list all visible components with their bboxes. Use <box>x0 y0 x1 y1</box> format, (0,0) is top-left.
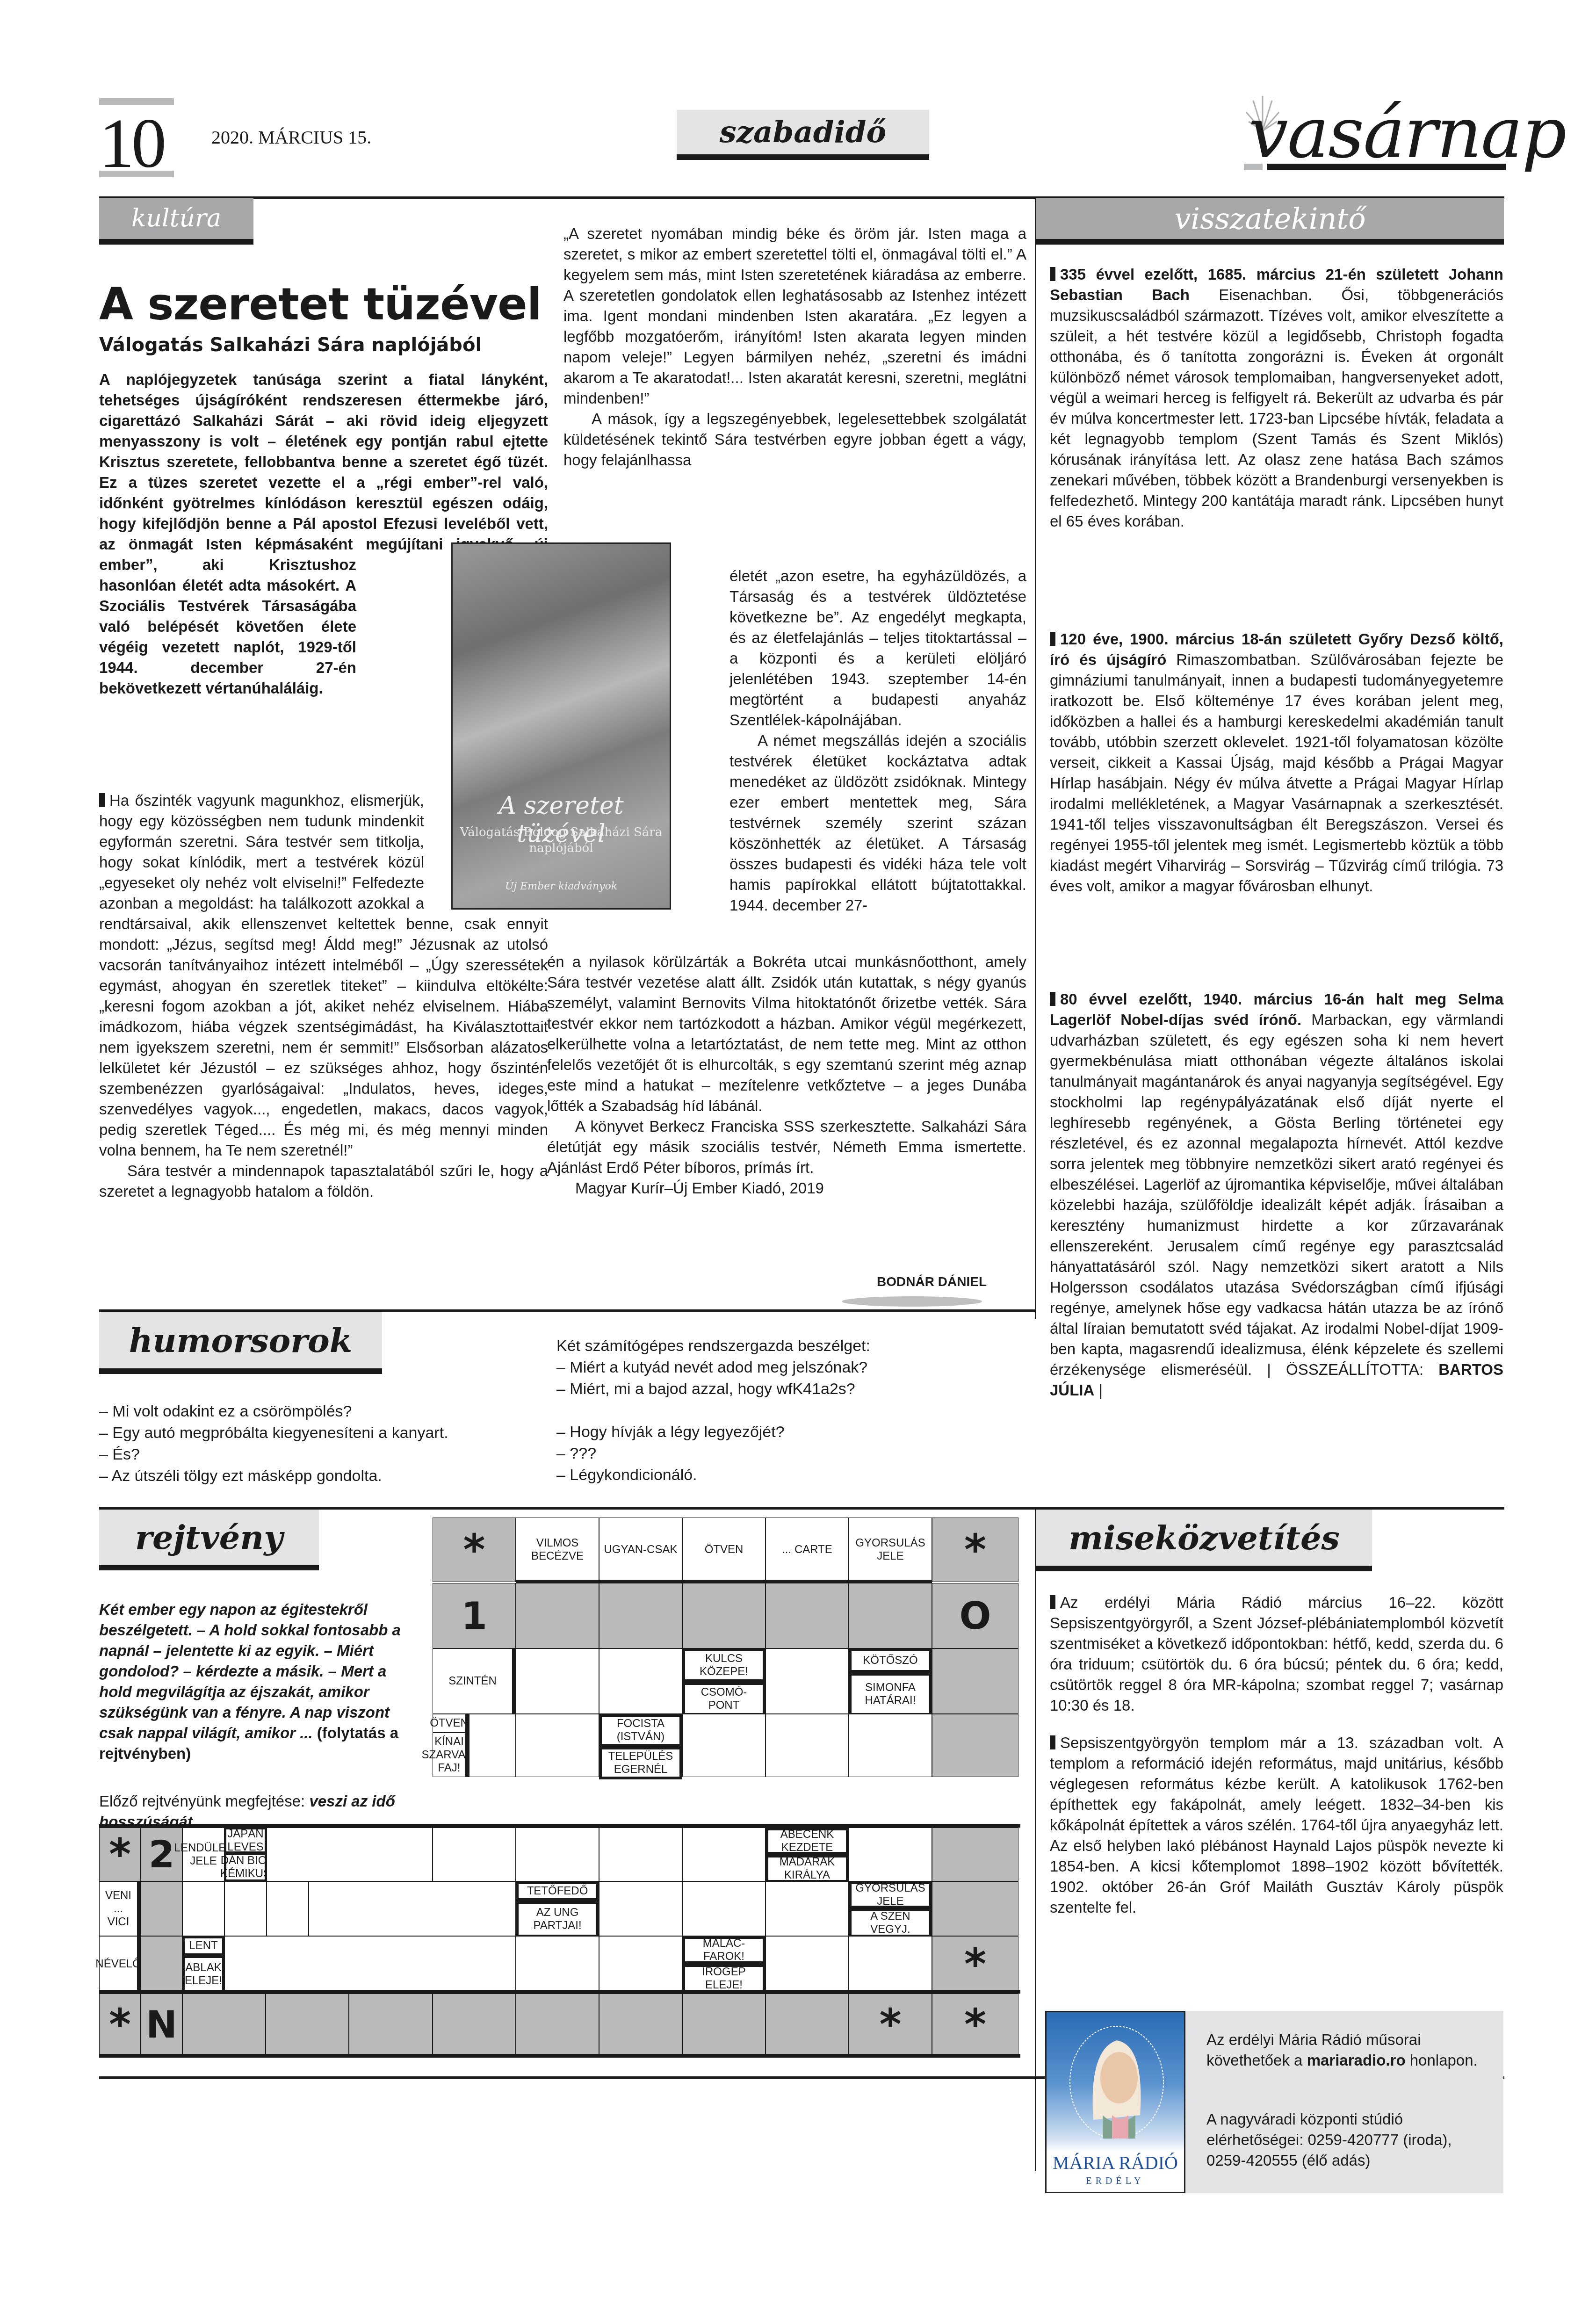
section-tab-szabadido: szabadidő <box>677 110 929 160</box>
mass-history: Sepsiszentgyörgyön templom már a 13. szá… <box>1050 1733 1503 1918</box>
grid-answer-cell[interactable] <box>516 1583 599 1648</box>
madonna-icon <box>1065 2022 1168 2143</box>
joke-line: – Az útszéli tölgy ezt másképp gondolta. <box>99 1465 455 1487</box>
grid-given-1[interactable]: 1 <box>433 1583 516 1648</box>
col2-paragraph-4: A német megszállás idején a szociális te… <box>729 730 1026 916</box>
clue-cell: TELEPÜLÉS EGERNÉL <box>599 1747 682 1779</box>
grid-answer-cell[interactable] <box>932 1828 1018 1881</box>
clue-cell: ÍRÓGÉP ELEJE! <box>682 1964 766 1993</box>
grid-answer-cell[interactable] <box>766 1714 849 1777</box>
article-headline: A szeretet tüzével <box>99 281 548 329</box>
credit-prefix: | ÖSSZEÁLLÍTOTTA: <box>1267 1361 1438 1378</box>
mass-paragraph-1: Az erdélyi Mária Rádió március 16–22. kö… <box>1050 1594 1503 1714</box>
clue-cell: GYORSULÁS JELE <box>849 1881 932 1908</box>
puzzle-intro-text: Két ember egy napon az égitestekről besz… <box>99 1601 401 1742</box>
joke-intro: Két számítógépes rendszergazda beszélget… <box>556 1335 977 1357</box>
maria-radio-logo: MÁRIA RÁDIÓ ERDÉLY <box>1045 2011 1185 2193</box>
grid-answer-cell[interactable] <box>849 1583 932 1648</box>
joke-line: – ??? <box>556 1443 977 1464</box>
puzzle-intro: Két ember egy napon az égitestekről besz… <box>99 1599 422 1764</box>
grid-given-n[interactable]: N <box>141 1994 182 2055</box>
clue-cell: DÁN BIO-KÉMIKUS <box>224 1853 267 1881</box>
section-tab-kultura: kultúra <box>99 198 253 245</box>
article-body-col2-top: „A szeretet nyomában mindig béke és öröm… <box>563 224 1026 470</box>
retro-item-2: 120 éve, 1900. március 18-án született G… <box>1050 629 1503 896</box>
grid-answer-cell[interactable] <box>682 1714 766 1777</box>
clue-cell: UGYAN-CSAK <box>599 1518 682 1582</box>
grid-answer-cell[interactable] <box>766 1881 849 1936</box>
grid-answer-cell[interactable] <box>516 1828 599 1881</box>
grid-answer-cell[interactable] <box>682 1881 766 1936</box>
clue-cell: NÉVELŐ <box>99 1936 141 1992</box>
grid-answer-cell[interactable] <box>599 1828 682 1881</box>
grid-star: * <box>99 1828 141 1881</box>
clue-cell: ÖTVEN <box>682 1518 766 1582</box>
byline: BODNÁR DÁNIEL <box>795 1274 987 1289</box>
col2-paragraph-2: A mások, így a legszegényebbek, legelese… <box>563 409 1026 470</box>
grid-answer-cell[interactable] <box>766 1994 849 2055</box>
grid-answer-cell[interactable] <box>516 1714 599 1777</box>
article-body-col1: Ha őszinték vagyunk magunkhoz, elismerjü… <box>99 790 548 1202</box>
clue-cell: AZ UNG PARTJAI! <box>516 1901 599 1937</box>
clue-cell: SZINTÉN <box>433 1648 516 1714</box>
maria-radio-box: MÁRIA RÁDIÓ ERDÉLY Az erdélyi Mária Rádi… <box>1045 2011 1503 2193</box>
clue-cell: VENI ... VICI <box>99 1881 141 1936</box>
clue-cell: TETŐFEDŐ <box>516 1881 599 1901</box>
bullet-square-icon <box>99 793 105 807</box>
grid-answer-cell[interactable] <box>682 1583 766 1648</box>
grid-answer-cell[interactable] <box>849 1936 932 1992</box>
grid-given-o[interactable]: O <box>932 1583 1018 1648</box>
clue-cell: A SZÉN VEGYJ. <box>849 1908 932 1937</box>
rejtveny-label: rejtvény <box>135 1518 283 1557</box>
masthead-underline-gray <box>1244 164 1263 170</box>
grid-star: * <box>433 1518 516 1582</box>
article-body-col2-bottom: én a nyilasok körülzárták a Bokréta utca… <box>547 952 1026 1199</box>
retro-2-text: Rimaszombatban. Szülővárosában fejezte b… <box>1050 651 1503 895</box>
grid-answer-cell[interactable] <box>516 1994 599 2055</box>
masthead: vasárnap <box>1244 94 1506 178</box>
section-title: szabadidő <box>720 115 887 150</box>
col2-paragraph-3: életét „azon esetre, ha egyházüldözés, a… <box>729 566 1026 730</box>
joke-line: – És? <box>99 1444 455 1465</box>
clue-cell: CSOMÓ-PONT <box>682 1682 766 1716</box>
clue-cell: MADARAK KIRÁLYA <box>766 1855 849 1883</box>
col2-paragraph-1: „A szeretet nyomában mindig béke és öröm… <box>563 224 1026 409</box>
previous-solution-label: Előző rejtvényünk megfejtése: <box>99 1792 309 1810</box>
logo-subtitle: ERDÉLY <box>1047 2176 1184 2187</box>
bullet-square-icon <box>1050 992 1055 1006</box>
clue-cell: VILMOS BECÉZVE <box>516 1518 599 1582</box>
grid-answer-cell[interactable] <box>932 1714 1018 1777</box>
body-paragraph-2: Sára testvér a mindennapok tapasztalatáb… <box>99 1161 548 1202</box>
col2-paragraph-6: A könyvet Berkecz Franciska SSS szerkesz… <box>547 1116 1026 1178</box>
logo-title: MÁRIA RÁDIÓ <box>1047 2152 1184 2174</box>
clue-cell: KULCS KÖZEPE! <box>682 1648 766 1682</box>
section-tab-misekozvetites: miseközvetítés <box>1036 1510 1372 1571</box>
grid-answer-cell[interactable] <box>849 1828 932 1881</box>
grid-answer-cell[interactable] <box>433 1828 516 1881</box>
grid-star: * <box>932 1994 1018 2055</box>
clue-cell: ... CARTE <box>766 1518 849 1582</box>
retro-1-text: Eisenachban. Ősi, többgenerációs muzsiku… <box>1050 286 1503 530</box>
grid-answer-cell[interactable] <box>141 1881 182 1936</box>
grid-answer-cell[interactable] <box>682 1994 766 2055</box>
humorsorok-label: humorsorok <box>129 1321 353 1360</box>
col2-paragraph-5: én a nyilasok körülzárták a Bokréta utca… <box>547 952 1026 1116</box>
clue-cell: LENT <box>182 1936 224 1956</box>
page-number-bar-top <box>99 98 174 105</box>
grid-answer-cell[interactable] <box>516 1648 599 1714</box>
grid-answer-cell[interactable] <box>766 1648 849 1714</box>
visszatekinto-label: visszatekintő <box>1174 202 1365 236</box>
grid-answer-cell[interactable] <box>349 1994 433 2055</box>
grid-answer-cell[interactable] <box>932 1648 1018 1714</box>
mass-paragraph-2: Sepsiszentgyörgyön templom már a 13. szá… <box>1050 1734 1503 1916</box>
cover-float-spacer-2 <box>424 790 548 912</box>
clue-cell: MALAC-FAROK! <box>682 1936 766 1964</box>
joke-line: – Hogy hívják a légy legyezőjét? <box>556 1421 977 1443</box>
grid-answer-cell[interactable] <box>224 1881 267 1936</box>
misekozvetites-label: miseközvetítés <box>1069 1518 1340 1557</box>
humor-left: – Mi volt odakint ez a csörömpölés? – Eg… <box>99 1401 455 1487</box>
section-tab-visszatekinto: visszatekintő <box>1036 198 1504 245</box>
clue-cell: KÍNAI SZARVAS-FAJ! <box>433 1733 469 1777</box>
grid-star: * <box>849 1994 932 2055</box>
grid-answer-cell[interactable] <box>469 1714 516 1777</box>
radio-text: honlapon. <box>1406 2052 1478 2069</box>
bullet-square-icon <box>1050 1735 1055 1749</box>
grid-answer-cell[interactable] <box>224 1936 516 1992</box>
bullet-square-icon <box>1050 1595 1055 1609</box>
masthead-underline <box>1267 164 1506 170</box>
grid-star: * <box>932 1518 1018 1582</box>
grid-answer-cell[interactable] <box>267 1881 309 1936</box>
grid-answer-cell[interactable] <box>766 1583 849 1648</box>
joke-line: – Miért a kutyád nevét adod meg jelszóna… <box>556 1357 977 1378</box>
bullet-square-icon <box>1050 632 1055 646</box>
section-tab-rejtveny: rejtvény <box>99 1510 319 1570</box>
grid-answer-cell[interactable] <box>599 1881 682 1936</box>
retro-item-1: 335 évvel ezelőtt, 1685. március 21-én s… <box>1050 264 1503 532</box>
kultura-label: kultúra <box>131 204 221 232</box>
grid-answer-cell[interactable] <box>309 1881 516 1936</box>
radio-info-1: Az erdélyi Mária Rádió műsorai követhető… <box>1206 2030 1492 2071</box>
grid-answer-cell[interactable] <box>599 1936 682 1992</box>
clue-cell: ÁBÉCÉNK KEZDETE <box>766 1828 849 1855</box>
radio-website-link[interactable]: mariaradio.ro <box>1307 2052 1406 2069</box>
grid-answer-cell[interactable] <box>682 1828 766 1881</box>
joke-line: – Egy autó megpróbálta kiegyenesíteni a … <box>99 1422 455 1444</box>
joke-line: – Mi volt odakint ez a csörömpölés? <box>99 1401 455 1422</box>
clue-cell: JAPÁN LEVES <box>224 1828 267 1853</box>
page-number: 10 <box>99 108 164 179</box>
col2-paragraph-7: Magyar Kurír–Új Ember Kiadó, 2019 <box>547 1178 1026 1199</box>
bullet-square-icon <box>1050 267 1055 281</box>
clue-cell: KÖTŐSZÓ <box>849 1648 932 1673</box>
mass-schedule: Az erdélyi Mária Rádió március 16–22. kö… <box>1050 1592 1503 1716</box>
byline-ellipse <box>842 1296 982 1307</box>
grid-answer-cell[interactable] <box>267 1828 433 1881</box>
grid-answer-cell[interactable] <box>932 1881 1018 1936</box>
article-body-col2-wrap: életét „azon esetre, ha egyházüldözés, a… <box>729 566 1026 916</box>
section-tab-humorsorok: humorsorok <box>99 1312 382 1374</box>
humor-right: Két számítógépes rendszergazda beszélget… <box>556 1335 977 1486</box>
grid-answer-cell[interactable] <box>599 1648 682 1714</box>
masthead-title: vasárnap <box>1249 98 1566 168</box>
column-divider-bottom <box>1035 1507 1036 2171</box>
retro-3-text: Marbackan, egy värmlandi udvarházban szü… <box>1050 1011 1503 1378</box>
grid-answer-cell[interactable] <box>516 1936 599 1992</box>
grid-thick-line <box>99 1990 1020 1994</box>
grid-answer-cell[interactable] <box>849 1714 932 1777</box>
article-subhead: Válogatás Salkaházi Sára naplójából <box>99 334 548 356</box>
grid-answer-cell[interactable] <box>182 1881 224 1936</box>
grid-thick-line <box>99 2054 1020 2058</box>
retro-item-3: 80 évvel ezelőtt, 1940. március 16-án ha… <box>1050 989 1503 1401</box>
clue-cell: GYORSULÁS JELE <box>849 1518 932 1582</box>
grid-star: * <box>99 1994 141 2055</box>
grid-answer-cell[interactable] <box>266 1994 349 2055</box>
column-divider-right <box>1035 196 1036 1319</box>
radio-contact: A nagyváradi központi stúdió elérhetőség… <box>1206 2109 1492 2171</box>
credit-suffix: | <box>1094 1381 1103 1399</box>
grid-answer-cell[interactable] <box>433 1994 516 2055</box>
grid-answer-cell[interactable] <box>141 1936 182 1992</box>
grid-answer-cell[interactable] <box>599 1583 682 1648</box>
clue-cell: ABLAK ELEJE! <box>182 1956 224 1993</box>
grid-star: * <box>932 1936 1018 1992</box>
joke-line: – Miért, mi a bajod azzal, hogy wfK41a2s… <box>556 1378 977 1400</box>
joke-line: – Légykondicionáló. <box>556 1464 977 1486</box>
grid-answer-cell[interactable] <box>599 1994 682 2055</box>
grid-answer-cell[interactable] <box>182 1994 266 2055</box>
clue-cell: ÖTVEN <box>433 1714 469 1733</box>
page-number-bar-bottom <box>99 171 174 177</box>
grid-answer-cell[interactable] <box>766 1936 849 1992</box>
clue-cell: LENDÜLET JELE <box>182 1828 224 1881</box>
clue-cell: FOCISTA (ISTVÁN) <box>599 1714 682 1747</box>
issue-date: 2020. MÁRCIUS 15. <box>211 126 371 148</box>
clue-cell: SIMONFA HATÁRAI! <box>849 1673 932 1716</box>
